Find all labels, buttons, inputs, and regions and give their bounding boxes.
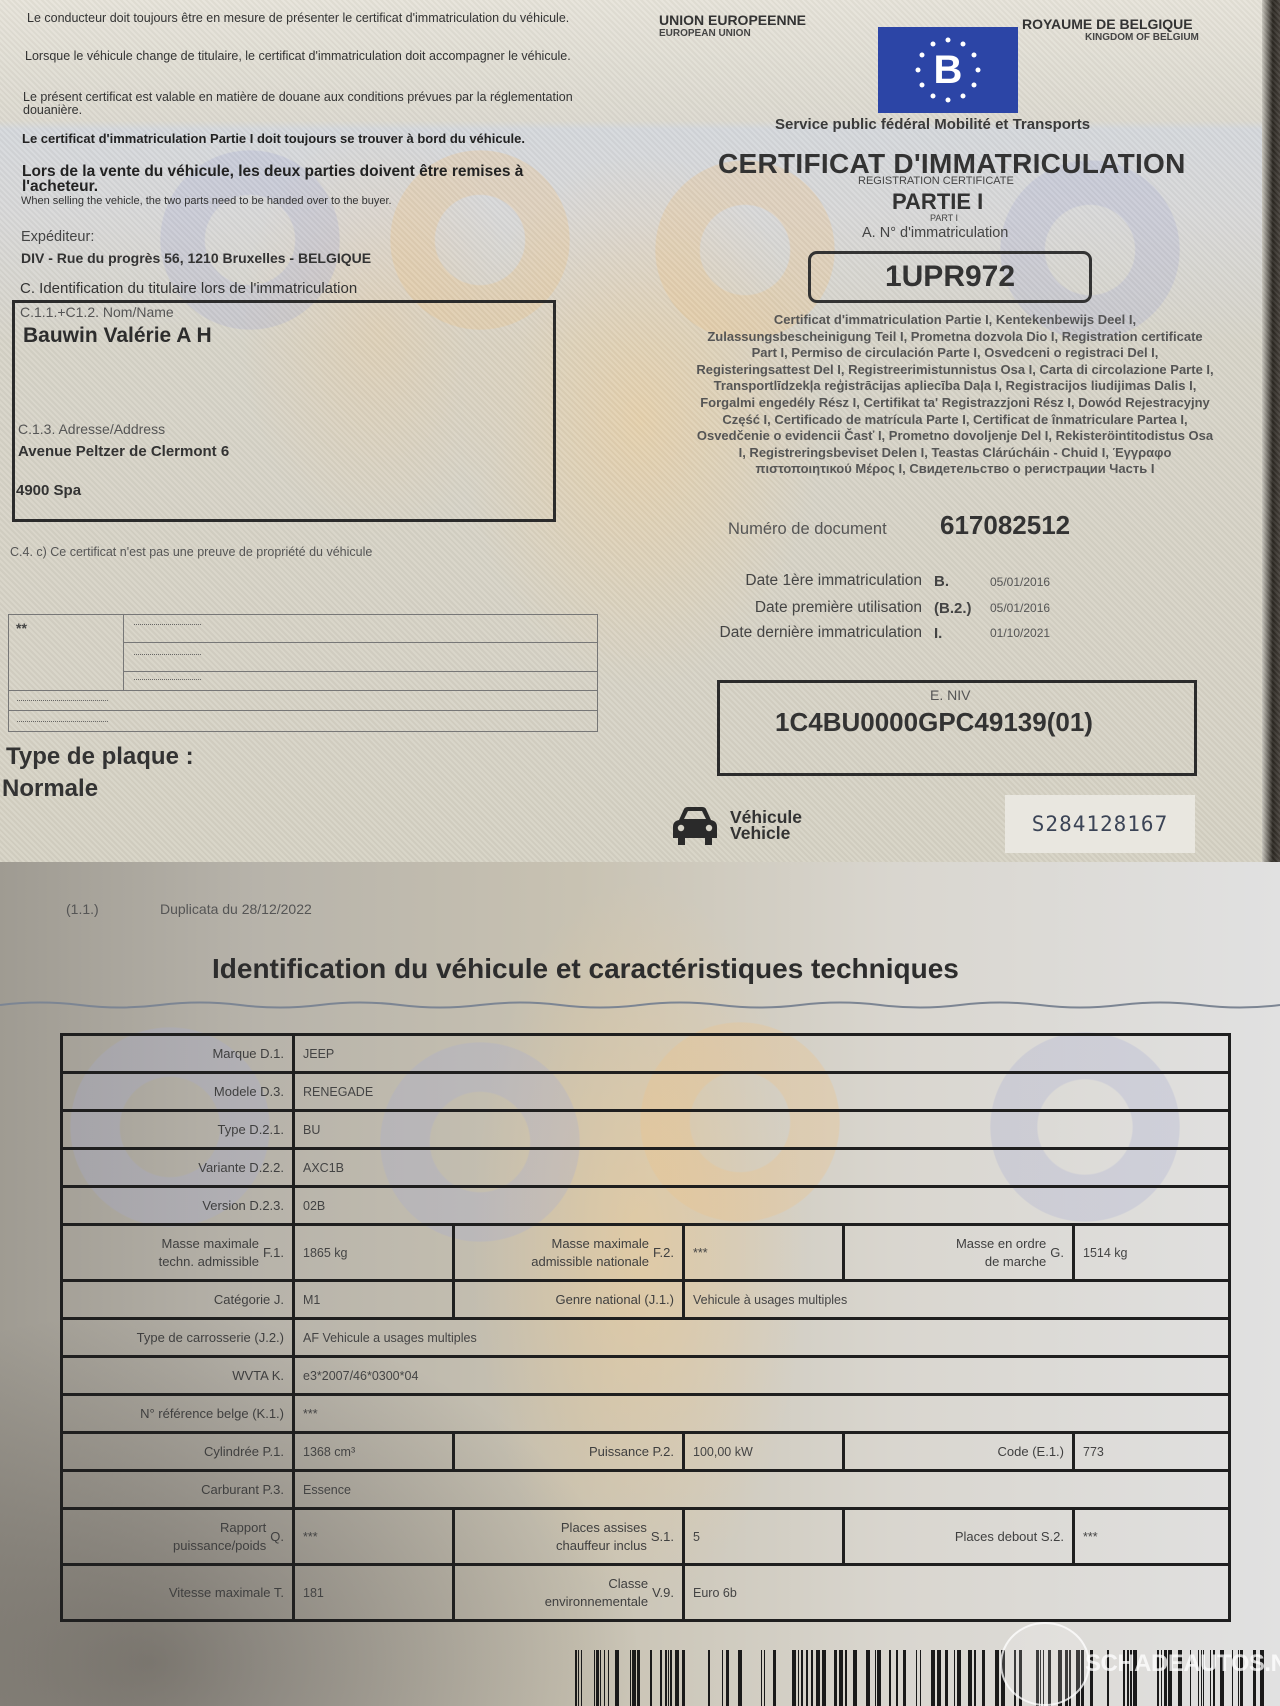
- category-value: M1: [294, 1281, 454, 1319]
- genre-label: Genre national (J.1.): [454, 1281, 684, 1319]
- watermark-text: SCHADEAUTOS.NL: [1085, 1650, 1280, 1678]
- notice-sale: Lors de la vente du véhicule, les deux p…: [22, 164, 602, 194]
- date-code: B.: [934, 573, 949, 590]
- notice-driver: Le conducteur doit toujours être en mesu…: [27, 12, 607, 25]
- date-label: Date dernière immatriculation: [660, 624, 922, 642]
- eu-label: UNION EUROPEENNE: [659, 12, 806, 28]
- table-row: Type D.2.1. BU: [62, 1111, 1230, 1149]
- vehicle-specs-table: Marque D.1. JEEP Modele D.3. RENEGADE Ty…: [60, 1033, 1231, 1622]
- wave-divider: [0, 1000, 1280, 1010]
- version-value: 02B: [294, 1187, 1230, 1225]
- fuel-value: Essence: [294, 1471, 1230, 1509]
- s1-label: Places assiseschauffeur inclusS.1.: [454, 1509, 684, 1565]
- g-value: 1514 kg: [1074, 1225, 1230, 1281]
- variant-value: AXC1B: [294, 1149, 1230, 1187]
- table-row: Vitesse maximale T. 181 Classeenvironnem…: [62, 1565, 1230, 1621]
- variant-label: Variante D.2.2.: [62, 1149, 294, 1187]
- table-row: WVTA K. e3*2007/46*0300*04: [62, 1357, 1230, 1395]
- type-label: Type D.2.1.: [62, 1111, 294, 1149]
- date-code: I.: [934, 625, 942, 642]
- s2-label: Places debout S.2.: [844, 1509, 1074, 1565]
- f2-value: ***: [684, 1225, 844, 1281]
- table-row: Rapportpuissance/poidsQ. *** Places assi…: [62, 1509, 1230, 1565]
- date-first-registration: 05/01/2016: [990, 575, 1050, 589]
- country-letter: B: [934, 50, 963, 90]
- holder-city: 4900 Spa: [16, 482, 81, 499]
- speed-label: Vitesse maximale T.: [62, 1565, 294, 1621]
- genre-value: Vehicule à usages multiples: [684, 1281, 1230, 1319]
- date-label: Date 1ère immatriculation: [690, 572, 922, 590]
- duplicate-code: (1.1.): [66, 901, 99, 917]
- model-value: RENEGADE: [294, 1073, 1230, 1111]
- date-label: Date première utilisation: [690, 599, 922, 617]
- s1-value: 5: [684, 1509, 844, 1565]
- eu-label-en: EUROPEAN UNION: [659, 28, 751, 39]
- kingdom-label: ROYAUME DE BELGIQUE: [1022, 16, 1193, 32]
- document-number: 617082512: [940, 510, 1070, 541]
- v9-value: Euro 6b: [684, 1565, 1230, 1621]
- power-value: 100,00 kW: [684, 1433, 844, 1471]
- notice-customs: Le présent certificat est valable en mat…: [23, 91, 603, 117]
- notice-sale-en: When selling the vehicle, the two parts …: [21, 195, 601, 207]
- sender-label: Expéditeur:: [21, 229, 94, 245]
- type-value: BU: [294, 1111, 1230, 1149]
- duplicate-date: Duplicata du 28/12/2022: [160, 901, 312, 917]
- body-value: AF Vehicule a usages multiples: [294, 1319, 1230, 1357]
- holder-street: Avenue Peltzer de Clermont 6: [18, 443, 229, 460]
- car-icon: [670, 805, 720, 847]
- part-label: PARTIE I: [892, 189, 983, 215]
- category-label: Catégorie J.: [62, 1281, 294, 1319]
- paper-edge: [1262, 0, 1280, 862]
- eu-belgium-flag: B: [878, 27, 1018, 113]
- vin-value: 1C4BU0000GPC49139(01): [775, 707, 1093, 738]
- wvta-value: e3*2007/46*0300*04: [294, 1357, 1230, 1395]
- registration-number: 1UPR972: [808, 251, 1092, 303]
- name-label: C.1.1.+C1.2. Nom/Name: [20, 304, 174, 320]
- vehicle-sticker-code: S284128167: [1005, 795, 1195, 853]
- table-row: Type de carrosserie (J.2.) AF Vehicule a…: [62, 1319, 1230, 1357]
- table-row: Carburant P.3. Essence: [62, 1471, 1230, 1509]
- f1-label: Masse maximaletechn. admissibleF.1.: [62, 1225, 294, 1281]
- notice-on-board: Le certificat d'immatriculation Partie I…: [22, 132, 582, 145]
- plate-type-value: Normale: [2, 775, 98, 803]
- v9-label: ClasseenvironnementaleV.9.: [454, 1565, 684, 1621]
- specs-title: Identification du véhicule et caractéris…: [212, 953, 959, 985]
- code-label: Code (E.1.): [844, 1433, 1074, 1471]
- table-row: N° référence belge (K.1.) ***: [62, 1395, 1230, 1433]
- table-row: Version D.2.3. 02B: [62, 1187, 1230, 1225]
- displacement-value: 1368 cm³: [294, 1433, 454, 1471]
- belgian-ref-value: ***: [294, 1395, 1230, 1433]
- version-label: Version D.2.3.: [62, 1187, 294, 1225]
- model-label: Modele D.3.: [62, 1073, 294, 1111]
- slip-stars: **: [16, 620, 27, 636]
- ownership-note: C.4. c) Ce certificat n'est pas une preu…: [10, 545, 372, 559]
- q-value: ***: [294, 1509, 454, 1565]
- displacement-label: Cylindrée P.1.: [62, 1433, 294, 1471]
- table-row: Masse maximaletechn. admissibleF.1. 1865…: [62, 1225, 1230, 1281]
- s2-value: ***: [1074, 1509, 1230, 1565]
- holder-section-label: C. Identification du titulaire lors de l…: [20, 280, 357, 297]
- table-row: Marque D.1. JEEP: [62, 1035, 1230, 1073]
- g-label: Masse en ordrede marcheG.: [844, 1225, 1074, 1281]
- date-code: (B.2.): [934, 600, 972, 617]
- multilingual-designation: Certificat d'immatriculation Partie I, K…: [695, 312, 1215, 478]
- holder-name: Bauwin Valérie A H: [23, 324, 212, 348]
- make-value: JEEP: [294, 1035, 1230, 1073]
- detachable-slip: ** ·································· ··…: [8, 614, 598, 732]
- wvta-label: WVTA K.: [62, 1357, 294, 1395]
- q-label: Rapportpuissance/poidsQ.: [62, 1509, 294, 1565]
- kingdom-label-en: KINGDOM OF BELGIUM: [1085, 32, 1199, 43]
- registration-label: A. N° d'immatriculation: [862, 225, 1008, 241]
- address-label: C.1.3. Adresse/Address: [18, 421, 165, 437]
- notice-owner-change: Lorsque le véhicule change de titulaire,…: [25, 50, 605, 63]
- part-label-en: PART I: [930, 213, 958, 223]
- power-label: Puissance P.2.: [454, 1433, 684, 1471]
- speed-value: 181: [294, 1565, 454, 1621]
- f1-value: 1865 kg: [294, 1225, 454, 1281]
- service-label: Service public fédéral Mobilité et Trans…: [775, 116, 1090, 133]
- table-row: Variante D.2.2. AXC1B: [62, 1149, 1230, 1187]
- document-number-label: Numéro de document: [728, 520, 887, 539]
- globe-watermark-icon: [1000, 1622, 1090, 1706]
- vin-label: E. NIV: [930, 687, 970, 703]
- f2-label: Masse maximaleadmissible nationaleF.2.: [454, 1225, 684, 1281]
- plate-type-label: Type de plaque :: [6, 743, 194, 771]
- make-label: Marque D.1.: [62, 1035, 294, 1073]
- table-row: Modele D.3. RENEGADE: [62, 1073, 1230, 1111]
- belgian-ref-label: N° référence belge (K.1.): [62, 1395, 294, 1433]
- certificate-title-en: REGISTRATION CERTIFICATE: [858, 175, 1014, 187]
- date-last-registration: 01/10/2021: [990, 626, 1050, 640]
- sender-address: DIV - Rue du progrès 56, 1210 Bruxelles …: [21, 250, 371, 266]
- date-first-use: 05/01/2016: [990, 601, 1050, 615]
- vehicle-label-en: Vehicle: [730, 825, 790, 841]
- body-label: Type de carrosserie (J.2.): [62, 1319, 294, 1357]
- table-row: Cylindrée P.1. 1368 cm³ Puissance P.2. 1…: [62, 1433, 1230, 1471]
- code-value: 773: [1074, 1433, 1230, 1471]
- table-row: Catégorie J. M1 Genre national (J.1.) Ve…: [62, 1281, 1230, 1319]
- fuel-label: Carburant P.3.: [62, 1471, 294, 1509]
